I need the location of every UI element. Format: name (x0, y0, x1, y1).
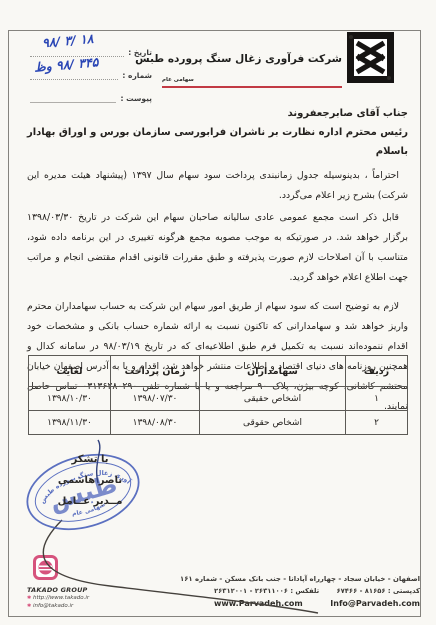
attachment-line (30, 91, 116, 103)
company-logo-icon (347, 32, 394, 83)
header-cell-row-number: ردیف (346, 356, 408, 387)
postal-code: کدپستی : ۸۱۶۵۶ - ۶۷۴۶۶ (336, 587, 420, 595)
salutation: باسلام (27, 142, 408, 161)
company-name: شرکت فرآوری زغال سنگ پرورده طبس (162, 53, 342, 65)
table-row: ۱ اشخاص حقیقی ۱۳۹۸/۰۷/۳۰ ۱۳۹۸/۱۰/۳۰ (29, 387, 408, 411)
attachment-label: پیوست : (120, 94, 152, 103)
cell-payment-time: ۱۳۹۸/۰۷/۳۰ (111, 387, 200, 411)
table-row: ۲ اشخاص حقوقی ۱۳۹۸/۰۸/۳۰ ۱۳۹۸/۱۱/۳۰ (29, 411, 408, 435)
company-brand: شرکت فرآوری زغال سنگ پرورده طبس سهامی عا… (162, 53, 342, 88)
footer-email: Info@Parvadeh.com (330, 599, 420, 608)
header-cell-payment-time: زمان پرداخت (111, 356, 200, 387)
cell-row-number: ۲ (346, 411, 408, 435)
signatory-title: مــدیر عــامل (26, 491, 154, 512)
attachment-row: پیوست : (30, 86, 152, 103)
header-cell-until: لغایت (29, 356, 111, 387)
number-label: شماره : (122, 71, 152, 80)
company-type: سهامی عام (162, 77, 194, 83)
recipient-title: رئیس محترم اداره نظارت بر ناشران فرابورس… (27, 123, 408, 142)
letter-page: تاریخ : ۱۸ /۳ /۹۸ شماره : ۳۴۵ /۹۸ وظ پیو… (0, 0, 436, 625)
table-header-row: ردیف سهامداران زمان پرداخت لغایت (29, 356, 408, 387)
cell-until: ۱۳۹۸/۱۱/۳۰ (29, 411, 111, 435)
recipient-name: جناب آقای صابرجعفروند (27, 104, 408, 123)
cell-shareholders: اشخاص حقیقی (200, 387, 346, 411)
pen-stroke-icon (88, 438, 110, 486)
dividend-table: ردیف سهامداران زمان پرداخت لغایت ۱ اشخاص… (28, 355, 408, 435)
brand-underline: سهامی عام (162, 66, 342, 88)
body-paragraph-2: قابل ذکر است مجمع عمومی عادی سالیانه صاح… (27, 208, 408, 288)
header-cell-shareholders: سهامداران (200, 356, 346, 387)
letter-meta: تاریخ : ۱۸ /۳ /۹۸ شماره : ۳۴۵ /۹۸ وظ پیو… (30, 40, 152, 109)
cell-until: ۱۳۹۸/۱۰/۳۰ (29, 387, 111, 411)
number-row: شماره : ۳۴۵ /۹۸ وظ (30, 63, 152, 80)
cell-shareholders: اشخاص حقوقی (200, 411, 346, 435)
body-paragraph-1: احتراماً ، بدینوسیله جدول زمانبندی پرداخ… (27, 166, 408, 206)
cell-payment-time: ۱۳۹۸/۰۸/۳۰ (111, 411, 200, 435)
cell-row-number: ۱ (346, 387, 408, 411)
